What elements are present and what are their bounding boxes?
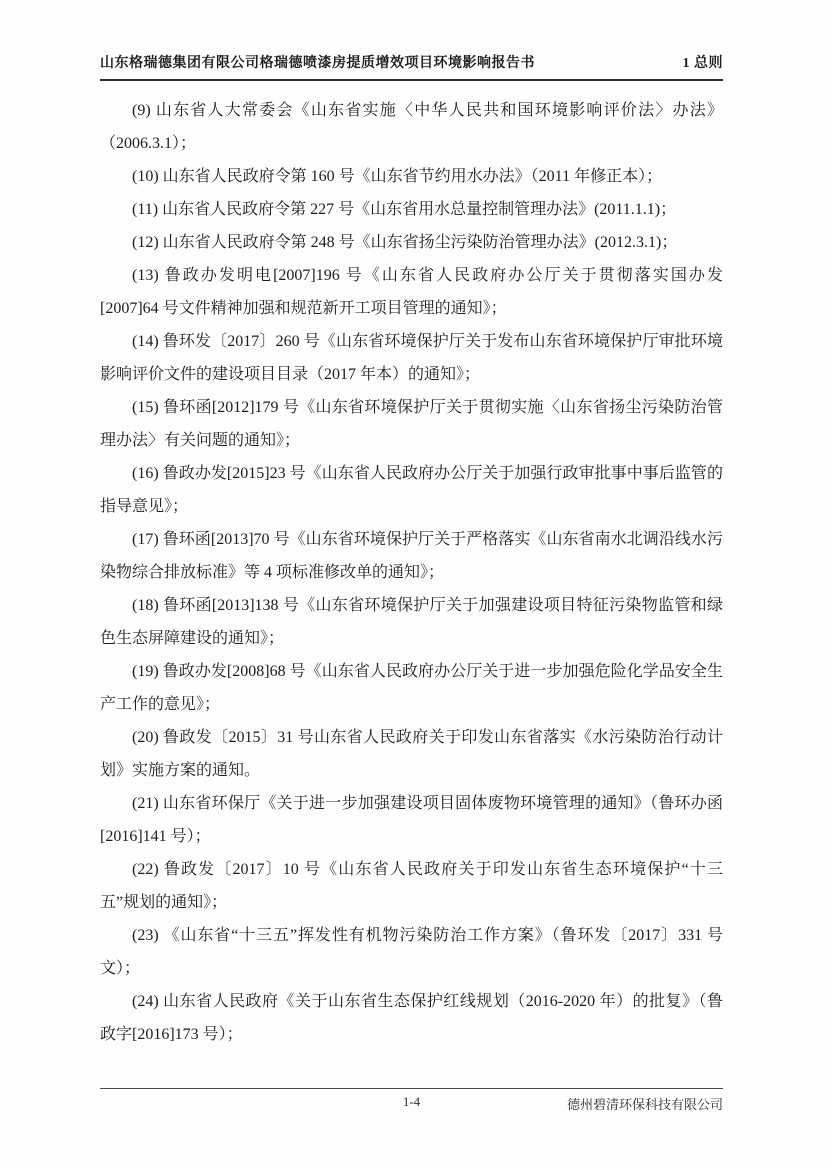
footer-company-name: 德州碧清环保科技有限公司 <box>567 1094 723 1113</box>
list-item: (16) 鲁政办发[2015]23 号《山东省人民政府办公厅关于加强行政审批事中… <box>100 457 723 523</box>
list-item: (17) 鲁环函[2013]70 号《山东省环境保护厅关于严格落实《山东省南水北… <box>100 523 723 589</box>
list-item: (10) 山东省人民政府令第 160 号《山东省节约用水办法》（2011 年修正… <box>100 160 723 193</box>
list-item: (18) 鲁环函[2013]138 号《山东省环境保护厅关于加强建设项目特征污染… <box>100 589 723 655</box>
list-item: (22) 鲁政发〔2017〕10 号《山东省人民政府关于印发山东省生态环境保护“… <box>100 853 723 919</box>
list-item: (20) 鲁政发〔2015〕31 号山东省人民政府关于印发山东省落实《水污染防治… <box>100 721 723 787</box>
header-chapter-label: 1 总则 <box>683 52 724 72</box>
list-item: (15) 鲁环函[2012]179 号《山东省环境保护厅关于贯彻实施〈山东省扬尘… <box>100 391 723 457</box>
list-item: (24) 山东省人民政府《关于山东省生态保护红线规划（2016-2020 年）的… <box>100 985 723 1051</box>
footer-divider <box>100 1088 723 1089</box>
header-divider <box>100 79 723 81</box>
footer-row: 1-4 德州碧清环保科技有限公司 <box>100 1094 723 1114</box>
header-doc-title: 山东格瑞德集团有限公司格瑞德喷漆房提质增效项目环境影响报告书 <box>100 52 535 72</box>
document-body: (9) 山东省人大常委会《山东省实施〈中华人民共和国环境影响评价法〉办法》（20… <box>100 94 723 1051</box>
list-item: (9) 山东省人大常委会《山东省实施〈中华人民共和国环境影响评价法〉办法》（20… <box>100 94 723 160</box>
document-page: 山东格瑞德集团有限公司格瑞德喷漆房提质增效项目环境影响报告书 1 总则 (9) … <box>0 0 827 1169</box>
page-header: 山东格瑞德集团有限公司格瑞德喷漆房提质增效项目环境影响报告书 1 总则 <box>100 0 723 81</box>
list-item: (23) 《山东省“十三五”挥发性有机物污染防治工作方案》（鲁环发〔2017〕3… <box>100 919 723 985</box>
list-item: (13) 鲁政办发明电[2007]196 号《山东省人民政府办公厅关于贯彻落实国… <box>100 259 723 325</box>
list-item: (11) 山东省人民政府令第 227 号《山东省用水总量控制管理办法》(2011… <box>100 193 723 226</box>
list-item: (12) 山东省人民政府令第 248 号《山东省扬尘污染防治管理办法》(2012… <box>100 226 723 259</box>
list-item: (21) 山东省环保厅《关于进一步加强建设项目固体废物环境管理的通知》（鲁环办函… <box>100 787 723 853</box>
list-item: (19) 鲁政办发[2008]68 号《山东省人民政府办公厅关于进一步加强危险化… <box>100 655 723 721</box>
header-row: 山东格瑞德集团有限公司格瑞德喷漆房提质增效项目环境影响报告书 1 总则 <box>100 52 723 72</box>
list-item: (14) 鲁环发〔2017〕260 号《山东省环境保护厅关于发布山东省环境保护厅… <box>100 325 723 391</box>
page-footer: 1-4 德州碧清环保科技有限公司 <box>100 1088 723 1114</box>
